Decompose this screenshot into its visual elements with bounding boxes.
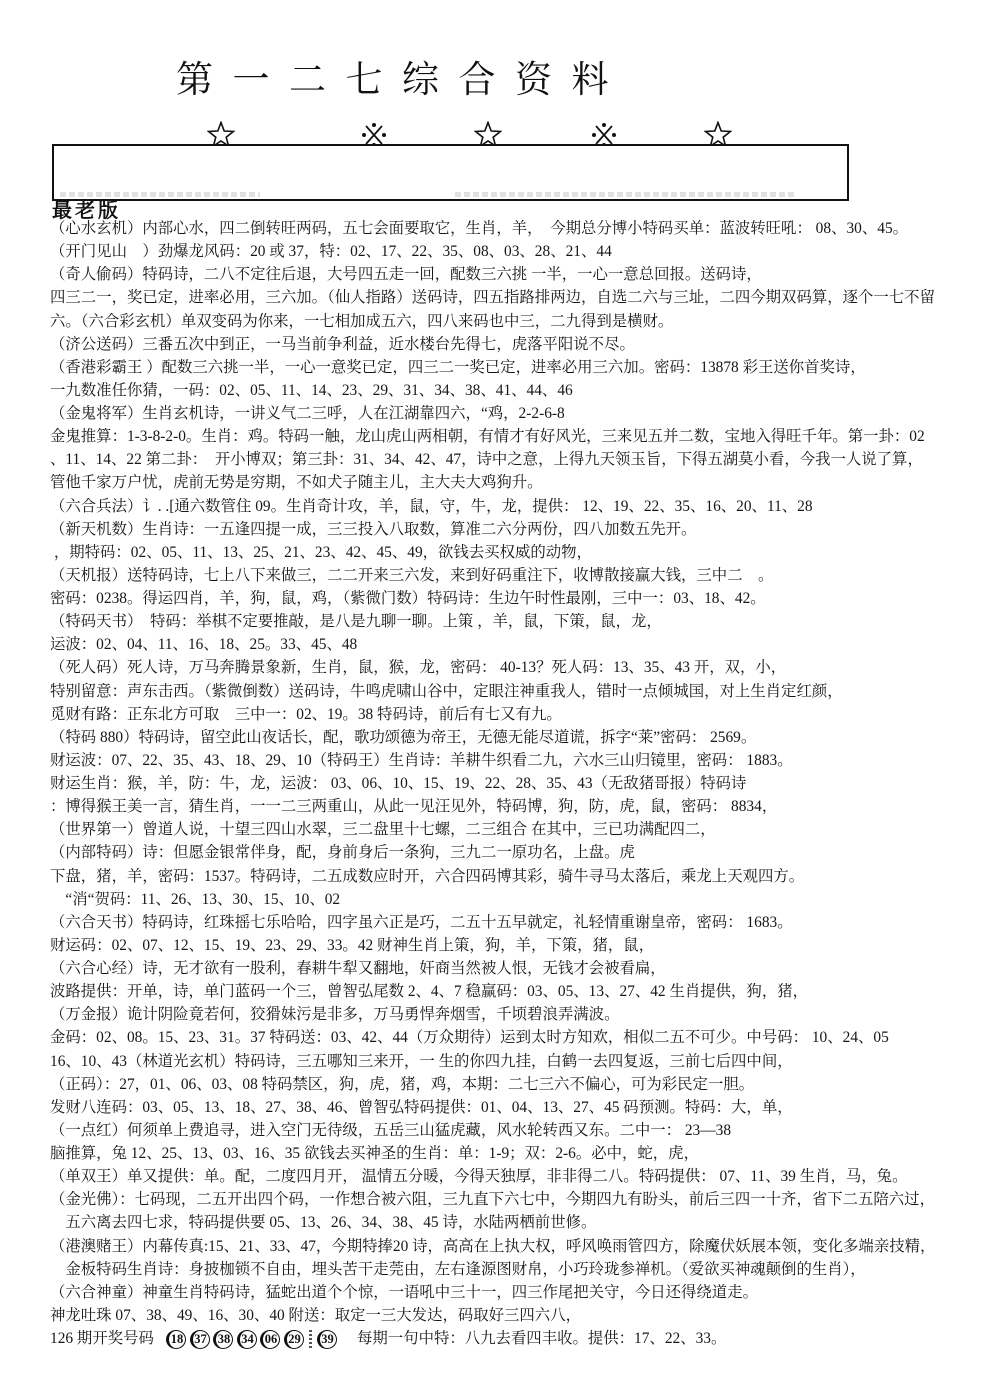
special-number-separator [309,1330,312,1348]
text-line: （单双王）单又提供：单。配，二度四月开， 温情五分暖，今得天独厚，非非得二八。特… [50,1165,983,1188]
text-line: （金鬼将军）生肖玄机诗，一讲义气二三呼，人在江湖靠四六，“鸡，2-2-6-8 [50,402,983,425]
text-line: （一点红）何须单上费追寻，进入空门无待级，五岳三山猛虎藏，风水轮转西又东。二中一… [50,1119,983,1142]
text-line: （正码）：27，01、06、03、08 特码禁区，狗，虎，猪，鸡，本期：二七三六… [50,1073,983,1096]
text-line: （万金报）诡计阴险竟若何，狡猾妹污是非多，万马勇悍奔烟雪，千顷碧浪弄满波。 [50,1003,983,1026]
text-line: 波路提供：开单，诗，单门蓝码一个三，曾智弘尾数 2、4、7 稳赢码：03、05、… [50,980,983,1003]
text-line: 五六离去四七求，特码提供要 05、13、26、34、38、45 诗，水陆两栖前世… [50,1211,983,1234]
text-line: 金鬼推算：1-3-8-2-0。生肖：鸡。特码一触，龙山虎山两相朝，有情才有好风光… [50,425,983,448]
page-title: 第一二七综合资料 [176,61,628,98]
text-line: （济公送码）三番五次中到正，一马当前争利益，近水楼台先得七，虎落平阳说不尽。 [50,333,983,356]
number-ball: 29 [284,1330,304,1349]
number-ball: 06 [260,1330,280,1349]
text-line: （特码 880）特码诗，留空此山夜话长，配，歌功颂德为帝王，无德无能尽道谎，拆字… [50,726,983,749]
text-line: （六合心经）诗，无才欲有一股利，春耕牛犁又翻地，奸商当然被人恨，无钱才会被看扁， [50,957,983,980]
text-line: 运波：02、04、11、16、18、25。33、45、48 [50,633,983,656]
draw-label: 126 期开奖号码 [50,1327,154,1350]
text-line: （特码天书） 特码：举棋不定要推敲，是八是九聊一聊。上策 ，羊，鼠，下策，鼠，龙… [50,610,983,633]
special-number-ball: 39 [317,1330,337,1349]
number-ball: 34 [237,1330,257,1349]
text-line: （开门见山 ）劲爆龙风码：20 或 37，特：02、17、22、35、08、03… [50,240,983,263]
text-line: “消“贺码：11、26、13、30、15、10、02 [50,888,983,911]
text-line: ：博得猴王美一言，猜生肖，一一二三两重山，从此一见汪见外，特码博，狗，防，虎，鼠… [50,795,983,818]
text-line: 财运码：02、07、12、15、19、23、29、33。42 财神生肖上策，狗，… [50,934,983,957]
text-line: 发财八连码：03、05、13、18、27、38、46、曾智弘特码提供：01、04… [50,1096,983,1119]
faded-text-remnant [60,192,260,197]
document-body: （心水玄机）内部心水，四二倒转旺两码，五七会面要取它，生肖，羊， 今期总分博小特… [50,217,983,1350]
text-line: （新天机数）生肖诗：一五逢四提一成，三三投入八取数，算准二六分两份，四八加数五先… [50,518,983,541]
text-line: 一九数准任你猜，一码：02、05、11、14、23、29、31、34、38、41… [50,379,983,402]
number-ball: 18 [166,1330,186,1349]
text-line: （内部特码）诗：但愿金银常伴身，配，身前身后一条狗，三九二一原功名，上盘。虎 [50,841,983,864]
text-line: （六合兵法）讠. .[通六数管住 09。生肖奇计攻，羊，鼠，守，牛，龙，提供： … [50,495,983,518]
text-line: 四三二一，奖已定，进率必用，三六加。（仙人指路）送码诗，四五指路排两边，自选二六… [50,286,983,309]
text-line: 金码：02、08。15、23、31。37 特码送：03、42、44（万众期待）运… [50,1026,983,1049]
text-line: 管他千家万户忧，虎前无势是穷期，不如犬子随主儿，主大夫大鸡狗升。 [50,471,983,494]
text-line: 金板特码生肖诗：身披枷锁不自由，埋头苦干走莞由，左右逢源图财帛，小巧玲珑参禅机。… [50,1258,983,1281]
text-line: 、11、14、22 第二卦： 开小博双；第三卦：31、34、42、47，诗中之意… [50,448,983,471]
text-line: （港澳赌王）内幕传真:15、21、33、47，今期特捧20 诗，高高在上执大权，… [50,1235,983,1258]
text-line: 特别留意：声东击西。（紫微倒数）送码诗，牛鸣虎啸山谷中，定眼注神重我人，错时一点… [50,680,983,703]
number-ball: 37 [190,1330,210,1349]
draw-result-line: 126 期开奖号码 18 37 38 34 06 29 39 每期一句中特：八九… [50,1327,983,1350]
draw-slogan: 每期一句中特：八九去看四丰收。提供：17、22、33。 [357,1327,726,1350]
text-line: （奇人偷码）特码诗，二八不定往后退，大号四五走一回，配数三六挑 一半，一心一意总… [50,263,983,286]
text-line: （金光佛）：七码现，二五开出四个码，一作想合被六阻，三九直下六七中，今期四九有盼… [50,1188,983,1211]
text-line: （世界第一）曾道人说，十望三四山水翠，三二盘里十七螺，二三组合 在其中，三已功满… [50,818,983,841]
text-line: 密码：0238。得运四肖，羊，狗，鼠，鸡，（紫微门数）特码诗：生边午时性最刚，三… [50,587,983,610]
text-line: 下盘，猪，羊，密码：1537。特码诗，二五成数应时开，六合四码博其彩，骑牛寻马太… [50,865,983,888]
text-line: （六合神童）神童生肖特码诗，猛蛇出道个个惊，一语吼中三十一，四三作尾把关守，今日… [50,1281,983,1304]
text-line: （香港彩霸王 ）配数三六挑一半，一心一意奖已定，四三二一奖已定，进率必用三六加。… [50,356,983,379]
text-line: 16、10、43（林道光玄机）特码诗，三五哪知三来开，一 生的你四九挂，白鹤一去… [50,1050,983,1073]
text-line: ，期特码：02、05、11、13、25、21、23、42、45、49，欲钱去买权… [50,541,983,564]
text-line: （死人码）死人诗，万马奔腾景象新，生肖，鼠，猴，龙，密码： 40-13？死人码：… [50,656,983,679]
text-line: 财运生肖：猴，羊，防：牛，龙，运波： 03、06、10、15、19、22、28、… [50,772,983,795]
text-line: 觅财有路：正东北方可取 三中一：02、19。38 特码诗，前后有七又有九。 [50,703,983,726]
draw-number-balls: 18 37 38 34 06 29 39 [166,1328,337,1350]
text-line: 财运波：07、22、35、43、18、29、10（特码王）生肖诗：羊耕牛织看二九… [50,749,983,772]
text-line: （心水玄机）内部心水，四二倒转旺两码，五七会面要取它，生肖，羊， 今期总分博小特… [50,217,983,240]
text-line: 六。（六合彩玄机）单双变码为你来，一七相加成五六，四八来码也中三，二九得到是横财… [50,310,983,333]
text-line: （天机报）送特码诗，七上八下来做三，二二开来三六发，来到好码重注下，收博散接赢大… [50,564,983,587]
text-line: 脑推算，兔 12、25、13、03、16、35 欲钱去买神圣的生肖：单：1-9；… [50,1142,983,1165]
text-line: 神龙吐珠 07、38、49、16、30、40 附送：取定一三大发达，码取好三四六… [50,1304,983,1327]
text-line: （六合天书）特码诗，红珠摇七乐哈哈，四字虽六正是巧，二五十五早就定，礼轻情重谢皇… [50,911,983,934]
faded-text-remnant [455,192,795,197]
number-ball: 38 [213,1330,233,1349]
